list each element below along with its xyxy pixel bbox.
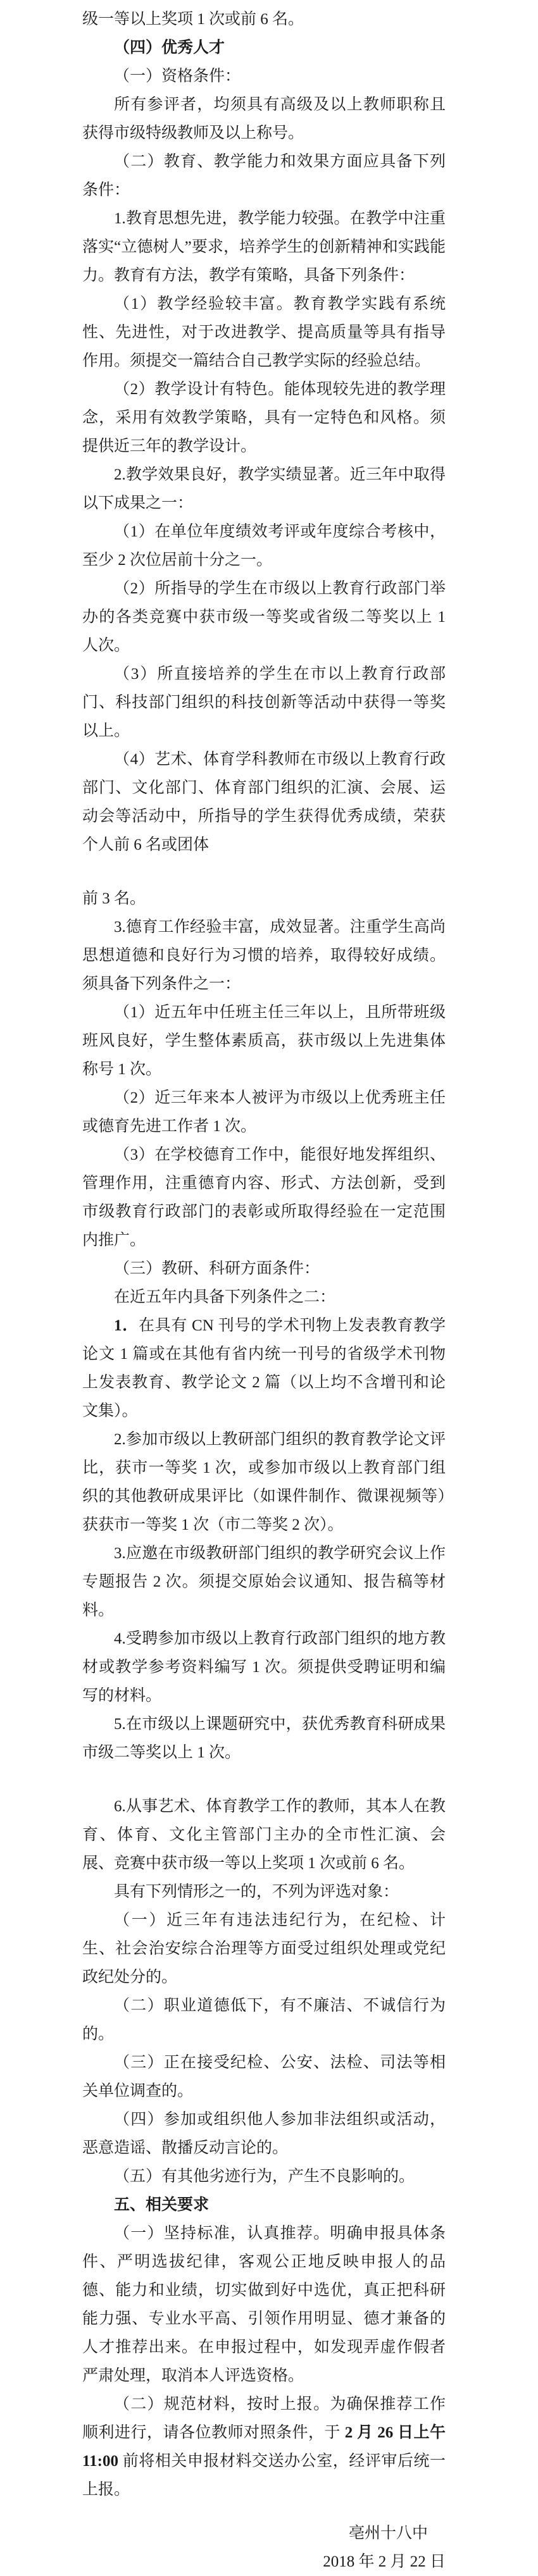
paragraph: 1．在具有 CN 刊号的学术刊物上发表教育教学论文 1 篇或在其他有省内统一刊号… <box>82 1311 446 1425</box>
paragraph: （四）参加或组织他人参加非法组织或活动，恶意造谣、散播反动言论的。 <box>82 2105 446 2162</box>
signature-date: 2018 年 2 月 22 日 <box>82 2548 446 2576</box>
paragraph: 3.应邀在市级教研部门组织的教学研究会议上作专题报告 2 次。须提交原始会议通知… <box>82 1539 446 1625</box>
paragraph: 3.德育工作经验丰富，成效显著。注重学生高尚思想道德和良好行为习惯的培养，取得较… <box>82 913 446 998</box>
paragraph: （2）近三年来本人被评为市级以上优秀班主任或德育先进工作者 1 次。 <box>82 1084 446 1141</box>
paragraph: （三）正在接受纪检、公安、法检、司法等相关单位调查的。 <box>82 2048 446 2105</box>
paragraph: （一）近三年有违法违纪行为，在纪检、计生、社会治安综合治理等方面受过组织处理或党… <box>82 1906 446 1991</box>
paragraph: （3）在学校德育工作中，能很好地发挥组织、管理作用，注重德育内容、形式、方法创新… <box>82 1141 446 1254</box>
paragraph: 具有下列情形之一的，不列为评选对象： <box>82 1878 446 1906</box>
paragraph: 2.教学效果良好，教学实绩显著。近三年中取得以下成果之一： <box>82 461 446 517</box>
paragraph: （二）教育、教学能力和效果方面应具备下列条件： <box>82 147 446 204</box>
document-page: 级一等以上奖项 1 次或前 6 名。（四）优秀人才（一）资格条件：所有参评者，均… <box>0 0 538 2576</box>
paragraph: 5.在市级以上课题研究中，获优秀教育科研成果市级二等奖以上 1 次。 <box>82 1710 446 1767</box>
paragraph: 所有参评者，均须具有高级及以上教师职称且获得市级特级教师及以上称号。 <box>82 90 446 147</box>
paragraph: 4.受聘参加市级以上教育行政部门组织的地方教材或教学参考资料编写 1 次。须提供… <box>82 1625 446 1710</box>
paragraph: （一）资格条件： <box>82 62 446 90</box>
paragraph: （二）职业道德低下，有不廉洁、不诚信行为的。 <box>82 1991 446 2048</box>
paragraph: 前 3 名。 <box>82 884 446 913</box>
paragraph: 2.参加市级以上教研部门组织的教育教学论文评比，获市一等奖 1 次，或参加市级以… <box>82 1425 446 1539</box>
paragraph: （1）在单位年度绩效考评或年度综合考核中，至少 2 次位居前十分之一。 <box>82 517 446 574</box>
paragraph: 6.从事艺术、体育教学工作的教师，其本人在教育、体育、文化主管部门主办的全市性汇… <box>82 1792 446 1878</box>
signature-block: 亳州十八中 2018 年 2 月 22 日 <box>82 2519 446 2576</box>
signature-org: 亳州十八中 <box>82 2519 446 2548</box>
paragraph: （二）规范材料，按时上报。为确保推荐工作顺利进行，请各位教师对照条件，于 2 月… <box>82 2390 446 2504</box>
paragraph: （2）教学设计有特色。能体现较先进的教学理念，采用有效教学策略，具有一定特色和风… <box>82 375 446 461</box>
paragraph: （3）所直接培养的学生在市以上教育行政部门、科技部门组织的科技创新等活动中获得一… <box>82 660 446 745</box>
paragraph: （三）教研、科研方面条件： <box>82 1254 446 1283</box>
paragraph: （五）有其他劣迹行为，产生不良影响的。 <box>82 2162 446 2191</box>
paragraph: 1.教育思想先进，教学能力较强。在教学中注重落实“立德树人”要求，培养学生的创新… <box>82 204 446 290</box>
section-heading: 五、相关要求 <box>82 2191 446 2219</box>
paragraph: （4）艺术、体育学科教师在市级以上教育行政部门、文化部门、体育部门组织的汇演、会… <box>82 745 446 859</box>
paragraph: 级一等以上奖项 1 次或前 6 名。 <box>82 5 446 34</box>
document-body: 级一等以上奖项 1 次或前 6 名。（四）优秀人才（一）资格条件：所有参评者，均… <box>82 5 446 2504</box>
paragraph: （1）教学经验较丰富。教育教学实践有系统性、先进性，对于改进教学、提高质量等具有… <box>82 290 446 375</box>
section-heading: （四）优秀人才 <box>82 34 446 62</box>
paragraph: （2）所指导的学生在市级以上教育行政部门举办的各类竞赛中获市级一等奖或省级二等奖… <box>82 574 446 660</box>
paragraph: 在近五年内具备下列条件之二： <box>82 1283 446 1311</box>
paragraph: （1）近五年中任班主任三年以上，且所带班级班风良好，学生整体素质高，获市级以上先… <box>82 998 446 1084</box>
paragraph: （一）坚持标准，认真推荐。明确申报具体条件、严明选拔纪律，客观公正地反映申报人的… <box>82 2219 446 2390</box>
